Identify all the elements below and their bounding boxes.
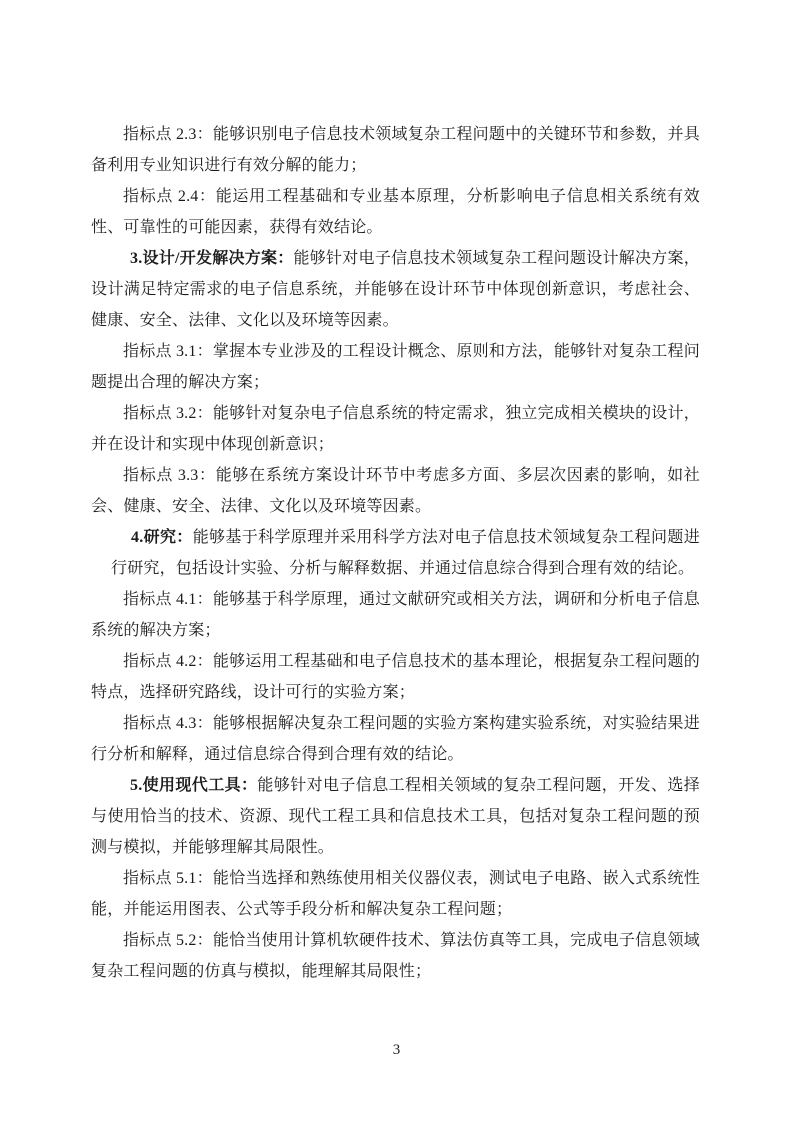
para-indicator-2-3: 指标点 2.3：能够识别电子信息技术领域复杂工程问题中的关键环节和参数，并具备利… — [91, 119, 700, 181]
indicator-label: 指标点 3.2： — [123, 405, 213, 422]
document-body: 指标点 2.3：能够识别电子信息技术领域复杂工程问题中的关键环节和参数，并具备利… — [91, 119, 700, 987]
section-heading: 3.设计/开发解决方案： — [130, 250, 294, 267]
indicator-label: 指标点 3.1： — [123, 343, 213, 360]
para-indicator-4-1: 指标点 4.1：能够基于科学原理，通过文献研究或相关方法，调研和分析电子信息系统… — [91, 584, 700, 646]
para-indicator-4-2: 指标点 4.2：能够运用工程基础和电子信息技术的基本理论，根据复杂工程问题的特点… — [91, 646, 700, 708]
para-section-4-research: 4.研究：能够基于科学原理并采用科学方法对电子信息技术领域复杂工程问题进行研究，… — [111, 522, 700, 584]
para-indicator-5-1: 指标点 5.1：能恰当选择和熟练使用相关仪器仪表，测试电子电路、嵌入式系统性能，… — [91, 863, 700, 925]
para-indicator-3-1: 指标点 3.1：掌握本专业涉及的工程设计概念、原则和方法，能够针对复杂工程问题提… — [91, 336, 700, 398]
para-indicator-4-3: 指标点 4.3：能够根据解决复杂工程问题的实验方案构建实验系统，对实验结果进行分… — [91, 708, 700, 770]
indicator-label: 指标点 4.2： — [123, 653, 213, 670]
para-indicator-5-2: 指标点 5.2：能恰当使用计算机软硬件技术、算法仿真等工具，完成电子信息领域复杂… — [91, 925, 700, 987]
page-number: 3 — [393, 1042, 401, 1058]
para-indicator-3-3: 指标点 3.3：能够在系统方案设计环节中考虑多方面、多层次因素的影响，如社会、健… — [91, 460, 700, 522]
paragraph-text: 能够基于科学原理并采用科学方法对电子信息技术领域复杂工程问题进行研究，包括设计实… — [111, 529, 700, 577]
para-section-5-modern-tools: 5.使用现代工具：能够针对电子信息工程相关领域的复杂工程问题，开发、选择与使用恰… — [91, 770, 700, 863]
page-footer: 3 — [0, 1042, 793, 1059]
indicator-label: 指标点 4.3： — [123, 715, 213, 732]
indicator-label: 指标点 5.1： — [123, 870, 213, 887]
para-indicator-3-2: 指标点 3.2：能够针对复杂电子信息系统的特定需求，独立完成相关模块的设计，并在… — [91, 398, 700, 460]
indicator-label: 指标点 2.3： — [123, 126, 213, 143]
indicator-label: 指标点 2.4： — [123, 188, 216, 205]
indicator-label: 指标点 5.2： — [123, 932, 213, 949]
indicator-label: 指标点 4.1： — [123, 591, 213, 608]
section-heading: 4.研究： — [131, 529, 193, 546]
section-heading: 5.使用现代工具： — [130, 777, 257, 794]
document-page: 指标点 2.3：能够识别电子信息技术领域复杂工程问题中的关键环节和参数，并具备利… — [0, 0, 793, 1122]
para-section-3-design: 3.设计/开发解决方案：能够针对电子信息技术领域复杂工程问题设计解决方案，设计满… — [91, 243, 700, 336]
indicator-label: 指标点 3.3： — [123, 467, 216, 484]
para-indicator-2-4: 指标点 2.4：能运用工程基础和专业基本原理，分析影响电子信息相关系统有效性、可… — [91, 181, 700, 243]
